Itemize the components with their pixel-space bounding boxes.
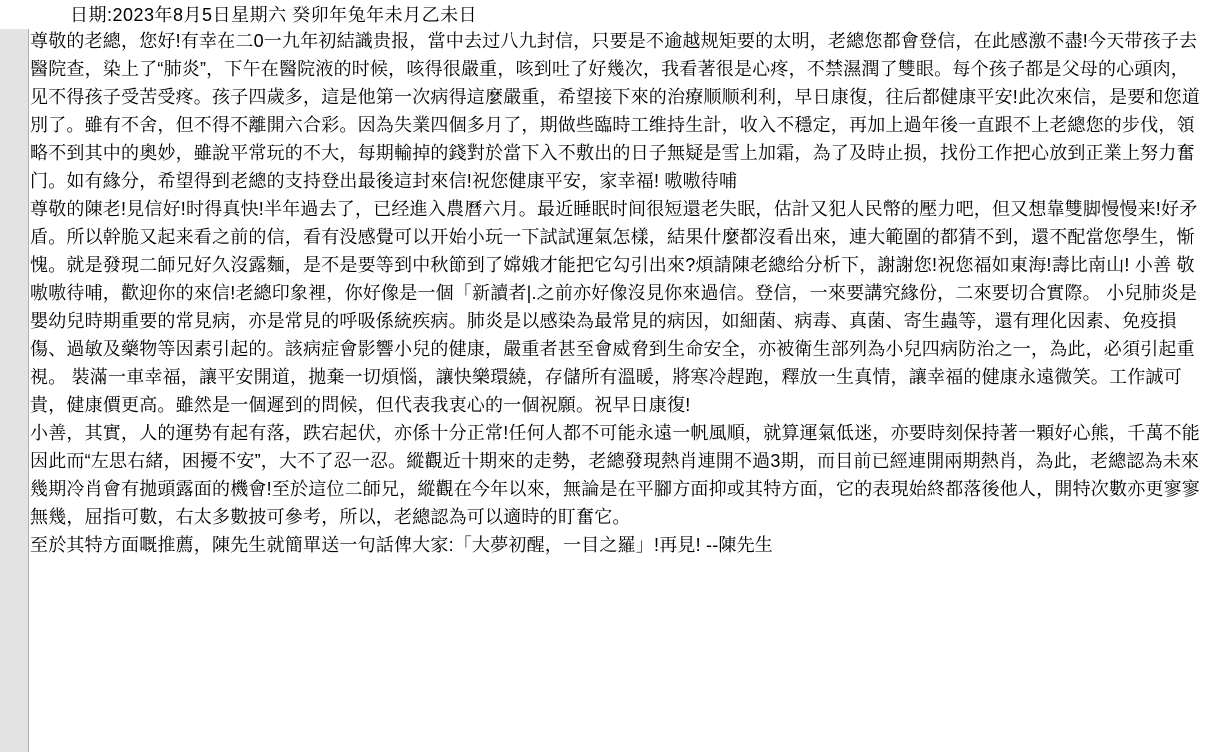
letter-page: 日期:2023年8月5日星期六 癸卯年兔年未月乙未日 尊敬的老總，您好!有幸在二… — [0, 0, 1211, 752]
paragraph-editor-reply-2: 小善，其實，人的運势有起有落，跌宕起伏，亦係十分正常!任何人都不可能永遠一帆風順… — [30, 419, 1206, 531]
letter-content: 尊敬的老總，您好!有幸在二0一九年初結識贵报，當中去过八九封信，只要是不逾越规矩… — [30, 27, 1206, 559]
paragraph-reader-letter-2: 尊敬的陳老!見信好!时得真快!半年過去了，已经進入農曆六月。最近睡眠时间很短還老… — [30, 195, 1206, 279]
left-margin-strip — [0, 29, 29, 752]
paragraph-editor-reply-1: 嗷嗷待哺，歡迎你的來信!老總印象裡，你好像是一個「新讀者|.之前亦好像沒見你來過… — [30, 279, 1206, 419]
paragraph-editor-closing: 至於其特方面嘅推薦，陳先生就簡單送一句話俾大家:「大夢初醒，一目之羅」!再見! … — [30, 531, 1206, 559]
paragraph-reader-letter-1: 尊敬的老總，您好!有幸在二0一九年初結識贵报，當中去过八九封信，只要是不逾越规矩… — [30, 27, 1206, 195]
date-line: 日期:2023年8月5日星期六 癸卯年兔年未月乙未日 — [70, 3, 477, 27]
